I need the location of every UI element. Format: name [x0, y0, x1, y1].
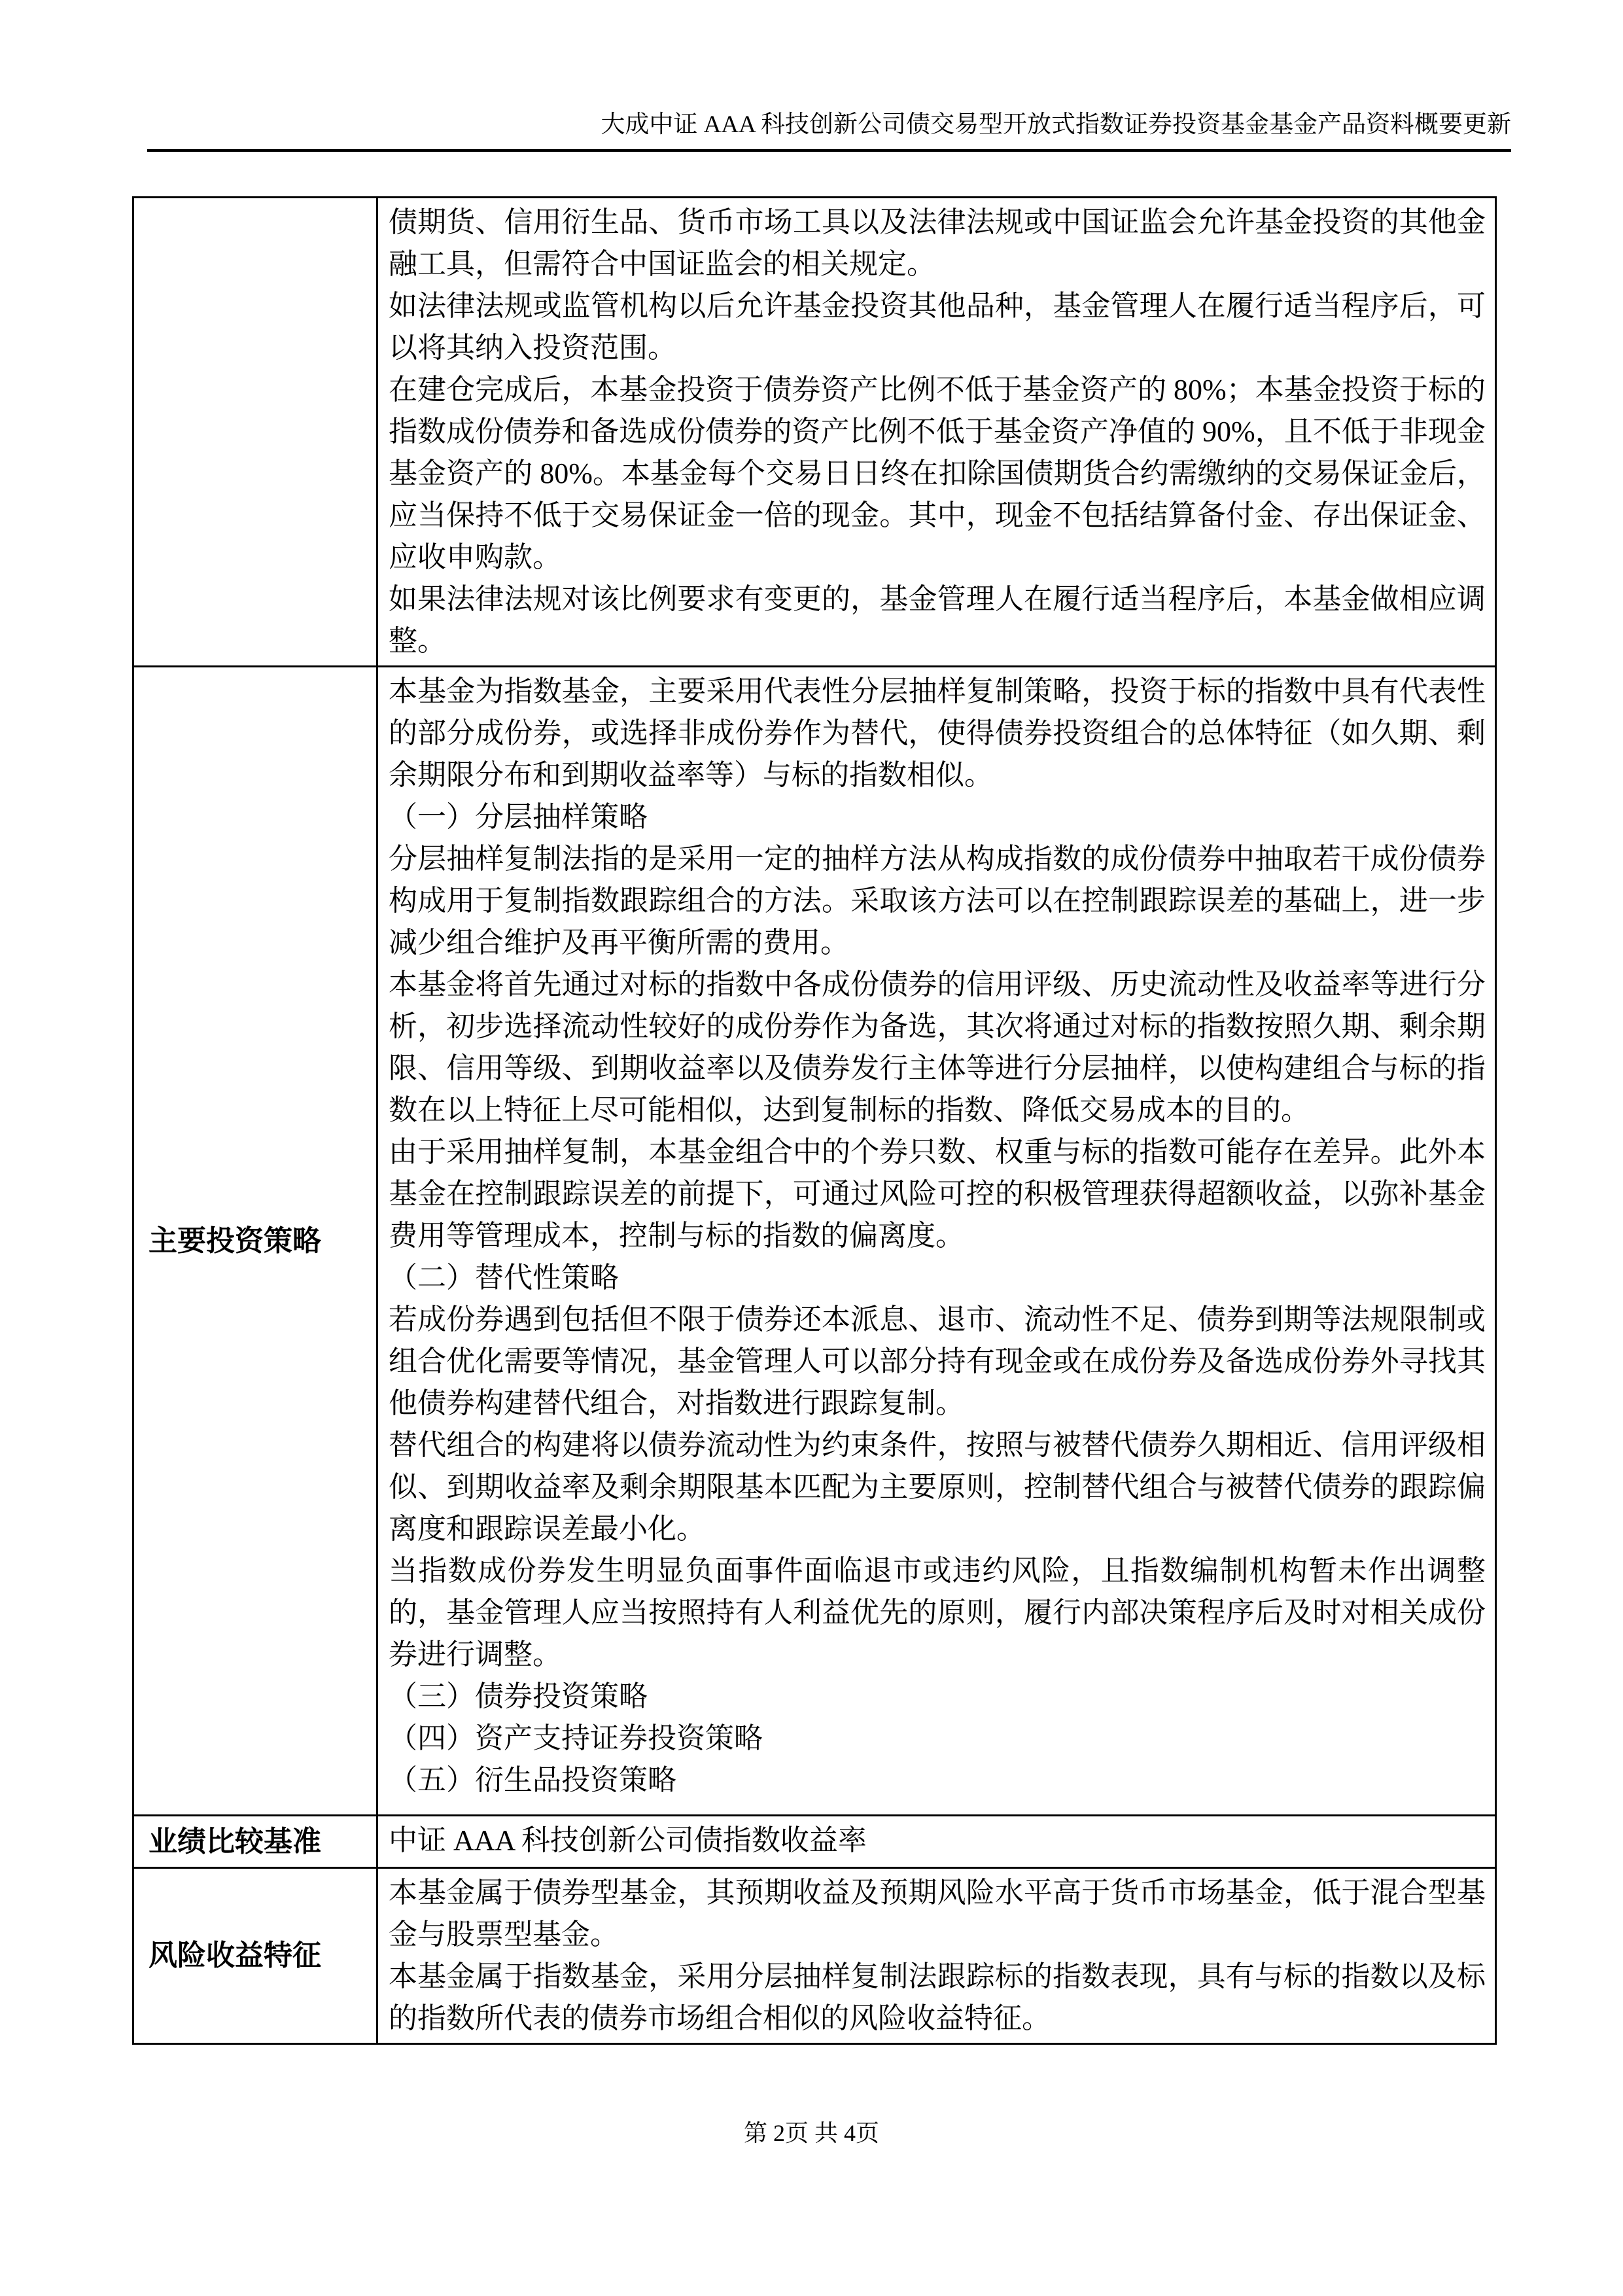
paragraph: （二）替代性策略 — [389, 1257, 1486, 1299]
paragraph: （五）衍生品投资策略 — [389, 1759, 1486, 1801]
row-content-risk-return: 本基金属于债券型基金，其预期收益及预期风险水平高于货币市场基金，低于混合型基金与… — [377, 1868, 1496, 2044]
paragraph: 若成份券遇到包括但不限于债券还本派息、退市、流动性不足、债券到期等法规限制或组合… — [389, 1299, 1486, 1424]
row-content-investment-scope: 债期货、信用衍生品、货币市场工具以及法律法规或中国证监会允许基金投资的其他金融工… — [377, 198, 1496, 667]
paragraph: 中证 AAA 科技创新公司债指数收益率 — [389, 1820, 1486, 1862]
paragraph: 替代组合的构建将以债券流动性为约束条件，按照与被替代债券久期相近、信用评级相似、… — [389, 1424, 1486, 1550]
table-row-continued: 债期货、信用衍生品、货币市场工具以及法律法规或中国证监会允许基金投资的其他金融工… — [133, 198, 1496, 667]
paragraph: （三）债券投资策略 — [389, 1676, 1486, 1718]
page-footer: 第 2页 共 4页 — [0, 2117, 1623, 2149]
paragraph: 本基金属于指数基金，采用分层抽样复制法跟踪标的指数表现，具有与标的指数以及标的指… — [389, 1956, 1486, 2040]
paragraph: 在建仓完成后，本基金投资于债券资产比例不低于基金资产的 80%；本基金投资于标的… — [389, 369, 1486, 578]
table-row-benchmark: 业绩比较基准 中证 AAA 科技创新公司债指数收益率 — [133, 1816, 1496, 1868]
row-content-main-strategy: 本基金为指数基金，主要采用代表性分层抽样复制策略，投资于标的指数中具有代表性的部… — [377, 667, 1496, 1816]
paragraph: 本基金为指数基金，主要采用代表性分层抽样复制策略，投资于标的指数中具有代表性的部… — [389, 671, 1486, 796]
row-label-main-strategy: 主要投资策略 — [133, 667, 377, 1816]
table-row-main-strategy: 主要投资策略 本基金为指数基金，主要采用代表性分层抽样复制策略，投资于标的指数中… — [133, 667, 1496, 1816]
paragraph: 本基金将首先通过对标的指数中各成份债券的信用评级、历史流动性及收益率等进行分析，… — [389, 964, 1486, 1131]
paragraph: 如果法律法规对该比例要求有变更的，基金管理人在履行适当程序后，本基金做相应调整。 — [389, 578, 1486, 662]
row-label-risk-return: 风险收益特征 — [133, 1868, 377, 2044]
row-label-benchmark: 业绩比较基准 — [133, 1816, 377, 1868]
paragraph: （一）分层抽样策略 — [389, 796, 1486, 838]
paragraph: 分层抽样复制法指的是采用一定的抽样方法从构成指数的成份债券中抽取若干成份债券构成… — [389, 838, 1486, 964]
paragraph: （四）资产支持证券投资策略 — [389, 1718, 1486, 1759]
paragraph: 如法律法规或监管机构以后允许基金投资其他品种，基金管理人在履行适当程序后，可以将… — [389, 285, 1486, 369]
fund-info-table: 债期货、信用衍生品、货币市场工具以及法律法规或中国证监会允许基金投资的其他金融工… — [132, 196, 1497, 2045]
row-content-benchmark: 中证 AAA 科技创新公司债指数收益率 — [377, 1816, 1496, 1868]
document-title: 大成中证 AAA 科技创新公司债交易型开放式指数证券投资基金基金产品资料概要更新 — [601, 111, 1511, 138]
paragraph: 当指数成份券发生明显负面事件面临退市或违约风险，且指数编制机构暂未作出调整的，基… — [389, 1550, 1486, 1676]
paragraph: 由于采用抽样复制，本基金组合中的个券只数、权重与标的指数可能存在差异。此外本基金… — [389, 1131, 1486, 1257]
document-header: 大成中证 AAA 科技创新公司债交易型开放式指数证券投资基金基金产品资料概要更新 — [147, 109, 1511, 152]
table-row-risk-return: 风险收益特征 本基金属于债券型基金，其预期收益及预期风险水平高于货币市场基金，低… — [133, 1868, 1496, 2044]
paragraph: 债期货、信用衍生品、货币市场工具以及法律法规或中国证监会允许基金投资的其他金融工… — [389, 202, 1486, 285]
row-label-empty — [133, 198, 377, 667]
paragraph: 本基金属于债券型基金，其预期收益及预期风险水平高于货币市场基金，低于混合型基金与… — [389, 1872, 1486, 1956]
page-number: 第 2页 共 4页 — [744, 2120, 879, 2146]
